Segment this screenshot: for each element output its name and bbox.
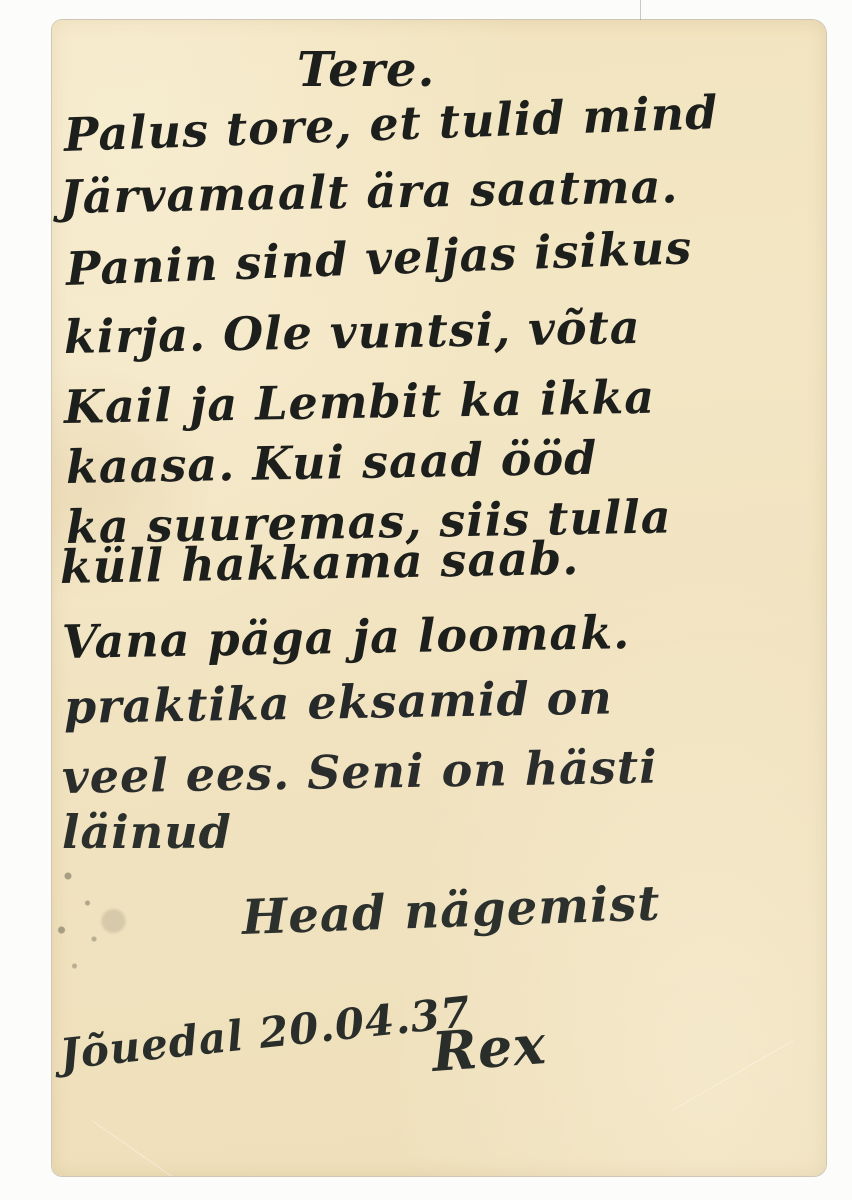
postcard: Tere. Palus tore, et tulid mind Järvamaa… [52, 20, 826, 1176]
greeting: Tere. [297, 42, 435, 98]
body-line: kirja. Ole vuntsi, võta [64, 300, 641, 364]
body-line: Järvamaalt ära saatma. [60, 159, 679, 224]
body-line: praktika eksamid on [64, 670, 614, 734]
body-line: Vana päga ja loomak. [62, 605, 631, 669]
place-and-date: Jõuedal 20.04.37 [57, 987, 473, 1079]
closing: Head nägemist [241, 875, 661, 946]
scan-artifact-line [640, 0, 641, 22]
body-line: kaasa. Kui saad ööd [66, 431, 598, 494]
body-line: läinud [62, 805, 232, 859]
page-background: Tere. Palus tore, et tulid mind Järvamaa… [0, 0, 852, 1200]
body-line: Kail ja Lembit ka ikka [64, 370, 656, 434]
body-line: Panin sind veljas isikus [65, 220, 693, 296]
body-line: veel ees. Seni on hästi [62, 740, 659, 804]
body-line: Palus tore, et tulid mind [63, 85, 719, 162]
body-line: küll hakkama saab. [60, 531, 580, 594]
handwritten-text: Tere. Palus tore, et tulid mind Järvamaa… [52, 20, 826, 1176]
signature: Rex [430, 1012, 549, 1084]
